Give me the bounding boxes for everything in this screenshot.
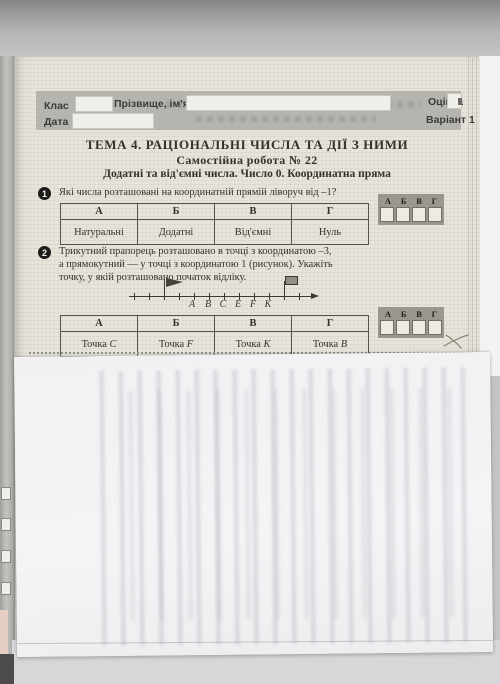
date-field[interactable] [72, 113, 154, 129]
answer-grid-2: А Б В Г [378, 307, 444, 338]
option-header: А [61, 204, 138, 220]
grid-letter: В [416, 195, 422, 207]
name-label: Прізвище, ім'я [114, 98, 189, 110]
worksheet-page: Клас Прізвище, ім'я Оцінка Дата Варіант … [14, 57, 480, 373]
option-header: В [215, 204, 292, 220]
answer-cell[interactable] [396, 207, 410, 222]
underlying-page-answer-box [1, 487, 11, 500]
table-header-row: А Б В Г [61, 316, 369, 332]
question-2-line: а прямокутний — у точці з координатою 1 … [59, 258, 385, 271]
point-label: B [201, 299, 215, 310]
question-2-options-table: А Б В Г Точка C Точка F Точка K Точка B [60, 315, 369, 357]
point-label: F [246, 299, 260, 310]
answer-cell[interactable] [380, 207, 394, 222]
option-value: Натуральні [61, 220, 138, 245]
answer-cell[interactable] [412, 207, 426, 222]
grid-letter: Г [432, 195, 437, 207]
triangular-flag-icon [166, 278, 183, 287]
showthrough-text-columns [119, 387, 471, 621]
tick-mark [149, 293, 150, 300]
grid-letter: Б [401, 308, 407, 320]
tick-mark [179, 293, 180, 300]
book-spine-corner [0, 654, 14, 684]
option-header: Г [292, 316, 369, 332]
scanner-background [0, 0, 500, 60]
answer-cell[interactable] [412, 320, 426, 335]
grid-letter: В [416, 308, 422, 320]
blank-cover-sheet [14, 352, 493, 657]
point-label: K [261, 299, 275, 310]
question-2-line: Трикутний прапорець розташовано в точці … [59, 245, 385, 258]
grid-letter: А [385, 308, 391, 320]
handwritten-mark [442, 333, 470, 350]
grid-letter: Б [401, 195, 407, 207]
answer-cell[interactable] [428, 320, 442, 335]
topic-title: ТЕМА 4. РАЦІОНАЛЬНІ ЧИСЛА ТА ДІЇ З НИМИ [29, 137, 465, 153]
page-stack-right-edge [468, 57, 480, 373]
underlying-page-answer-box [1, 518, 11, 531]
option-header: Б [138, 204, 215, 220]
option-value: Від'ємні [215, 220, 292, 245]
name-field[interactable] [186, 95, 391, 111]
table-value-row: Натуральні Додатні Від'ємні Нуль [61, 220, 369, 245]
question-1-text: Які числа розташовані на координатній пр… [59, 186, 383, 199]
book-cover-edge [0, 610, 8, 660]
point-label: C [216, 299, 230, 310]
answer-cell[interactable] [396, 320, 410, 335]
date-label: Дата [44, 116, 68, 128]
variant-label: Варіант 1 [426, 114, 475, 126]
class-label: Клас [44, 100, 69, 112]
underlying-page-answer-box [1, 582, 11, 595]
grade-field-mark [458, 98, 462, 105]
option-header: А [61, 316, 138, 332]
tick-mark [134, 293, 135, 300]
answer-grid-1: А Б В Г [378, 194, 444, 225]
class-field[interactable] [75, 96, 113, 112]
grid-letter: Г [432, 308, 437, 320]
tick-mark [299, 293, 300, 300]
question-1-badge: 1 [38, 187, 51, 200]
work-title: Самостійна робота № 22 [29, 153, 465, 168]
point-label: E [231, 299, 245, 310]
question-2-badge: 2 [38, 246, 51, 259]
question-2-line: точку, у якій розташовано початок відлік… [59, 271, 385, 284]
work-subtitle: Додатні та від'ємні числа. Число 0. Коор… [29, 168, 465, 180]
question-2-text: Трикутний прапорець розташовано в точці … [59, 245, 385, 284]
rectangular-flag-icon [285, 276, 298, 285]
answer-cell[interactable] [428, 207, 442, 222]
answer-cell[interactable] [380, 320, 394, 335]
option-header: Г [292, 204, 369, 220]
grid-letter: А [385, 195, 391, 207]
grade-field[interactable] [447, 93, 462, 109]
underlying-page-answer-box [1, 550, 11, 563]
option-value: Додатні [138, 220, 215, 245]
question-1-options-table: А Б В Г Натуральні Додатні Від'ємні Нуль [60, 203, 369, 245]
point-label: A [185, 299, 199, 310]
showthrough-text [196, 116, 376, 122]
table-header-row: А Б В Г [61, 204, 369, 220]
scanner-right-margin [479, 56, 500, 376]
number-line-arrow [311, 293, 319, 299]
option-header: В [215, 316, 292, 332]
option-value: Нуль [292, 220, 369, 245]
option-header: Б [138, 316, 215, 332]
